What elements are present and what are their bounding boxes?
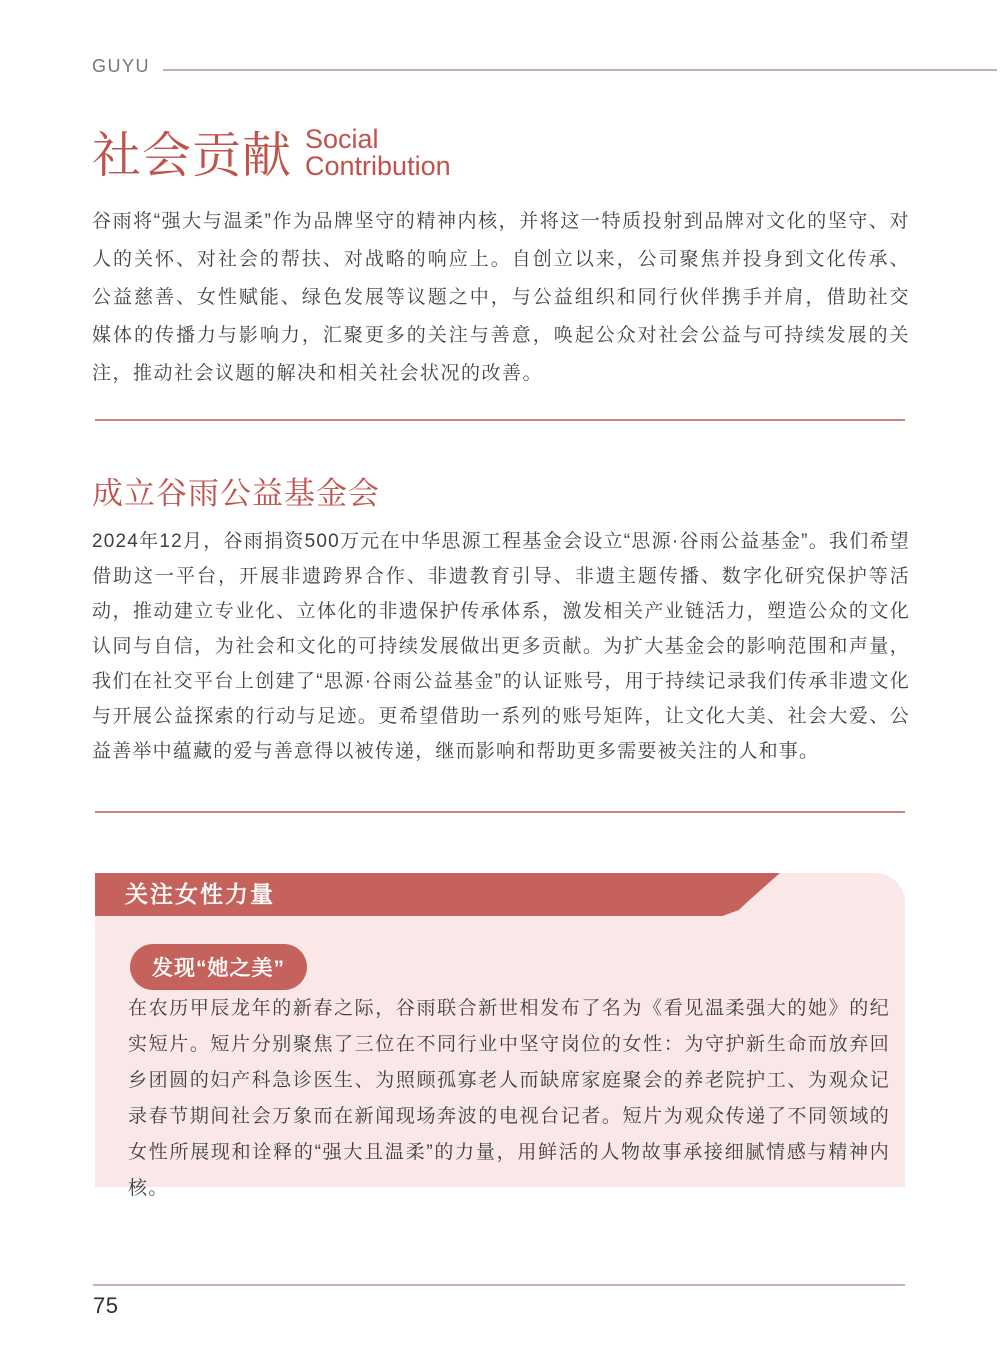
card-header-band: 关注女性力量: [95, 873, 780, 916]
brand-logo: GUYU: [92, 56, 150, 77]
page-title-en-line1: Social: [305, 126, 451, 153]
page-title-zh: 社会贡献: [92, 131, 292, 183]
footer-rule: [93, 1284, 905, 1286]
section-heading: 成立谷雨公益基金会: [92, 468, 380, 513]
header-rule: [163, 69, 997, 71]
women-power-card: 关注女性力量 发现“她之美” 在农历甲辰龙年的新春之际，谷雨联合新世相发布了名为…: [95, 873, 905, 1187]
page-title-block: 社会贡献 Social Contribution: [92, 126, 451, 183]
section-divider-top: [95, 419, 905, 421]
card-paragraph: 在农历甲辰龙年的新春之际，谷雨联合新世相发布了名为《看见温柔强大的她》的纪实短片…: [128, 991, 890, 1207]
report-page: GUYU 社会贡献 Social Contribution 谷雨将“强大与温柔”…: [0, 0, 1000, 1357]
intro-paragraph: 谷雨将“强大与温柔”作为品牌坚守的精神内核，并将这一特质投射到品牌对文化的坚守、…: [92, 203, 910, 393]
section-paragraph: 2024年12月，谷雨捐资500万元在中华思源工程基金会设立“思源·谷雨公益基金…: [92, 524, 910, 769]
card-badge: 发现“她之美”: [130, 944, 307, 990]
card-header-label: 关注女性力量: [95, 873, 275, 916]
page-title-en: Social Contribution: [305, 126, 451, 183]
section-divider-bottom: [95, 811, 905, 813]
page-number: 75: [93, 1293, 118, 1319]
page-title-en-line2: Contribution: [305, 153, 451, 180]
